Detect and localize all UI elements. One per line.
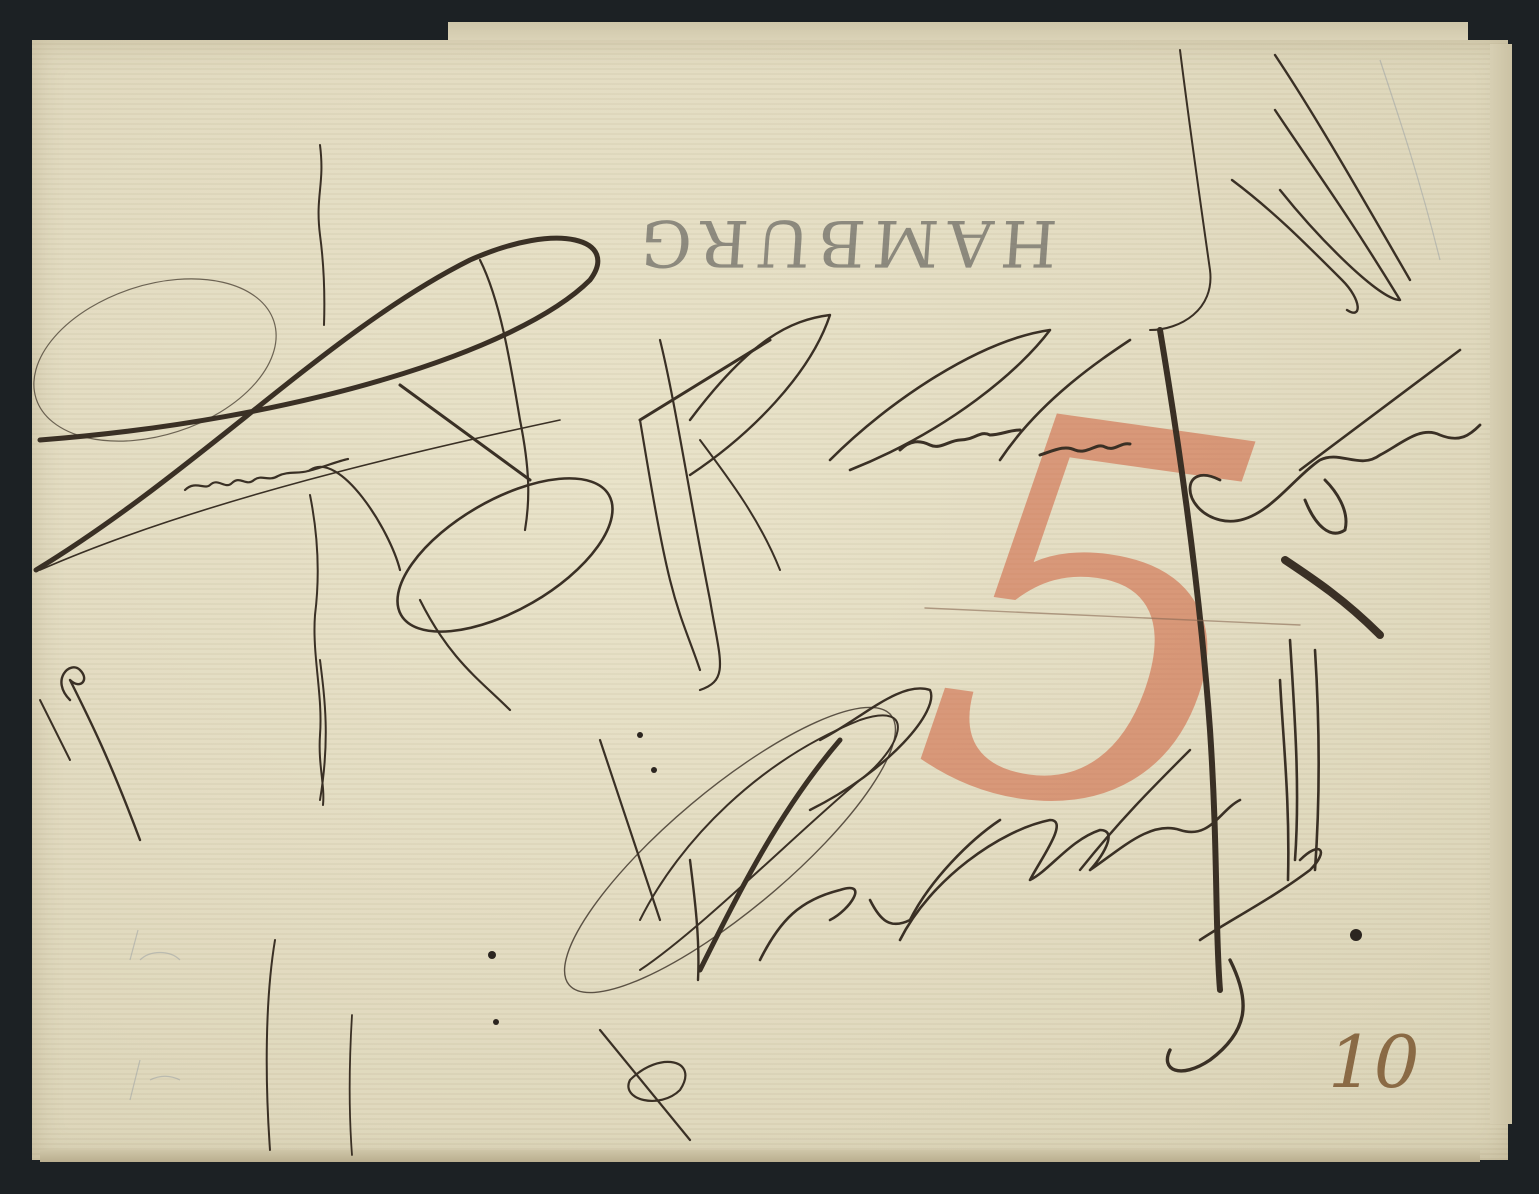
- postage-fee-numeral: 10: [1328, 1020, 1420, 1104]
- scan-background: HAMBURG 5: [0, 0, 1539, 1194]
- handwriting-strokes: [0, 0, 1539, 1194]
